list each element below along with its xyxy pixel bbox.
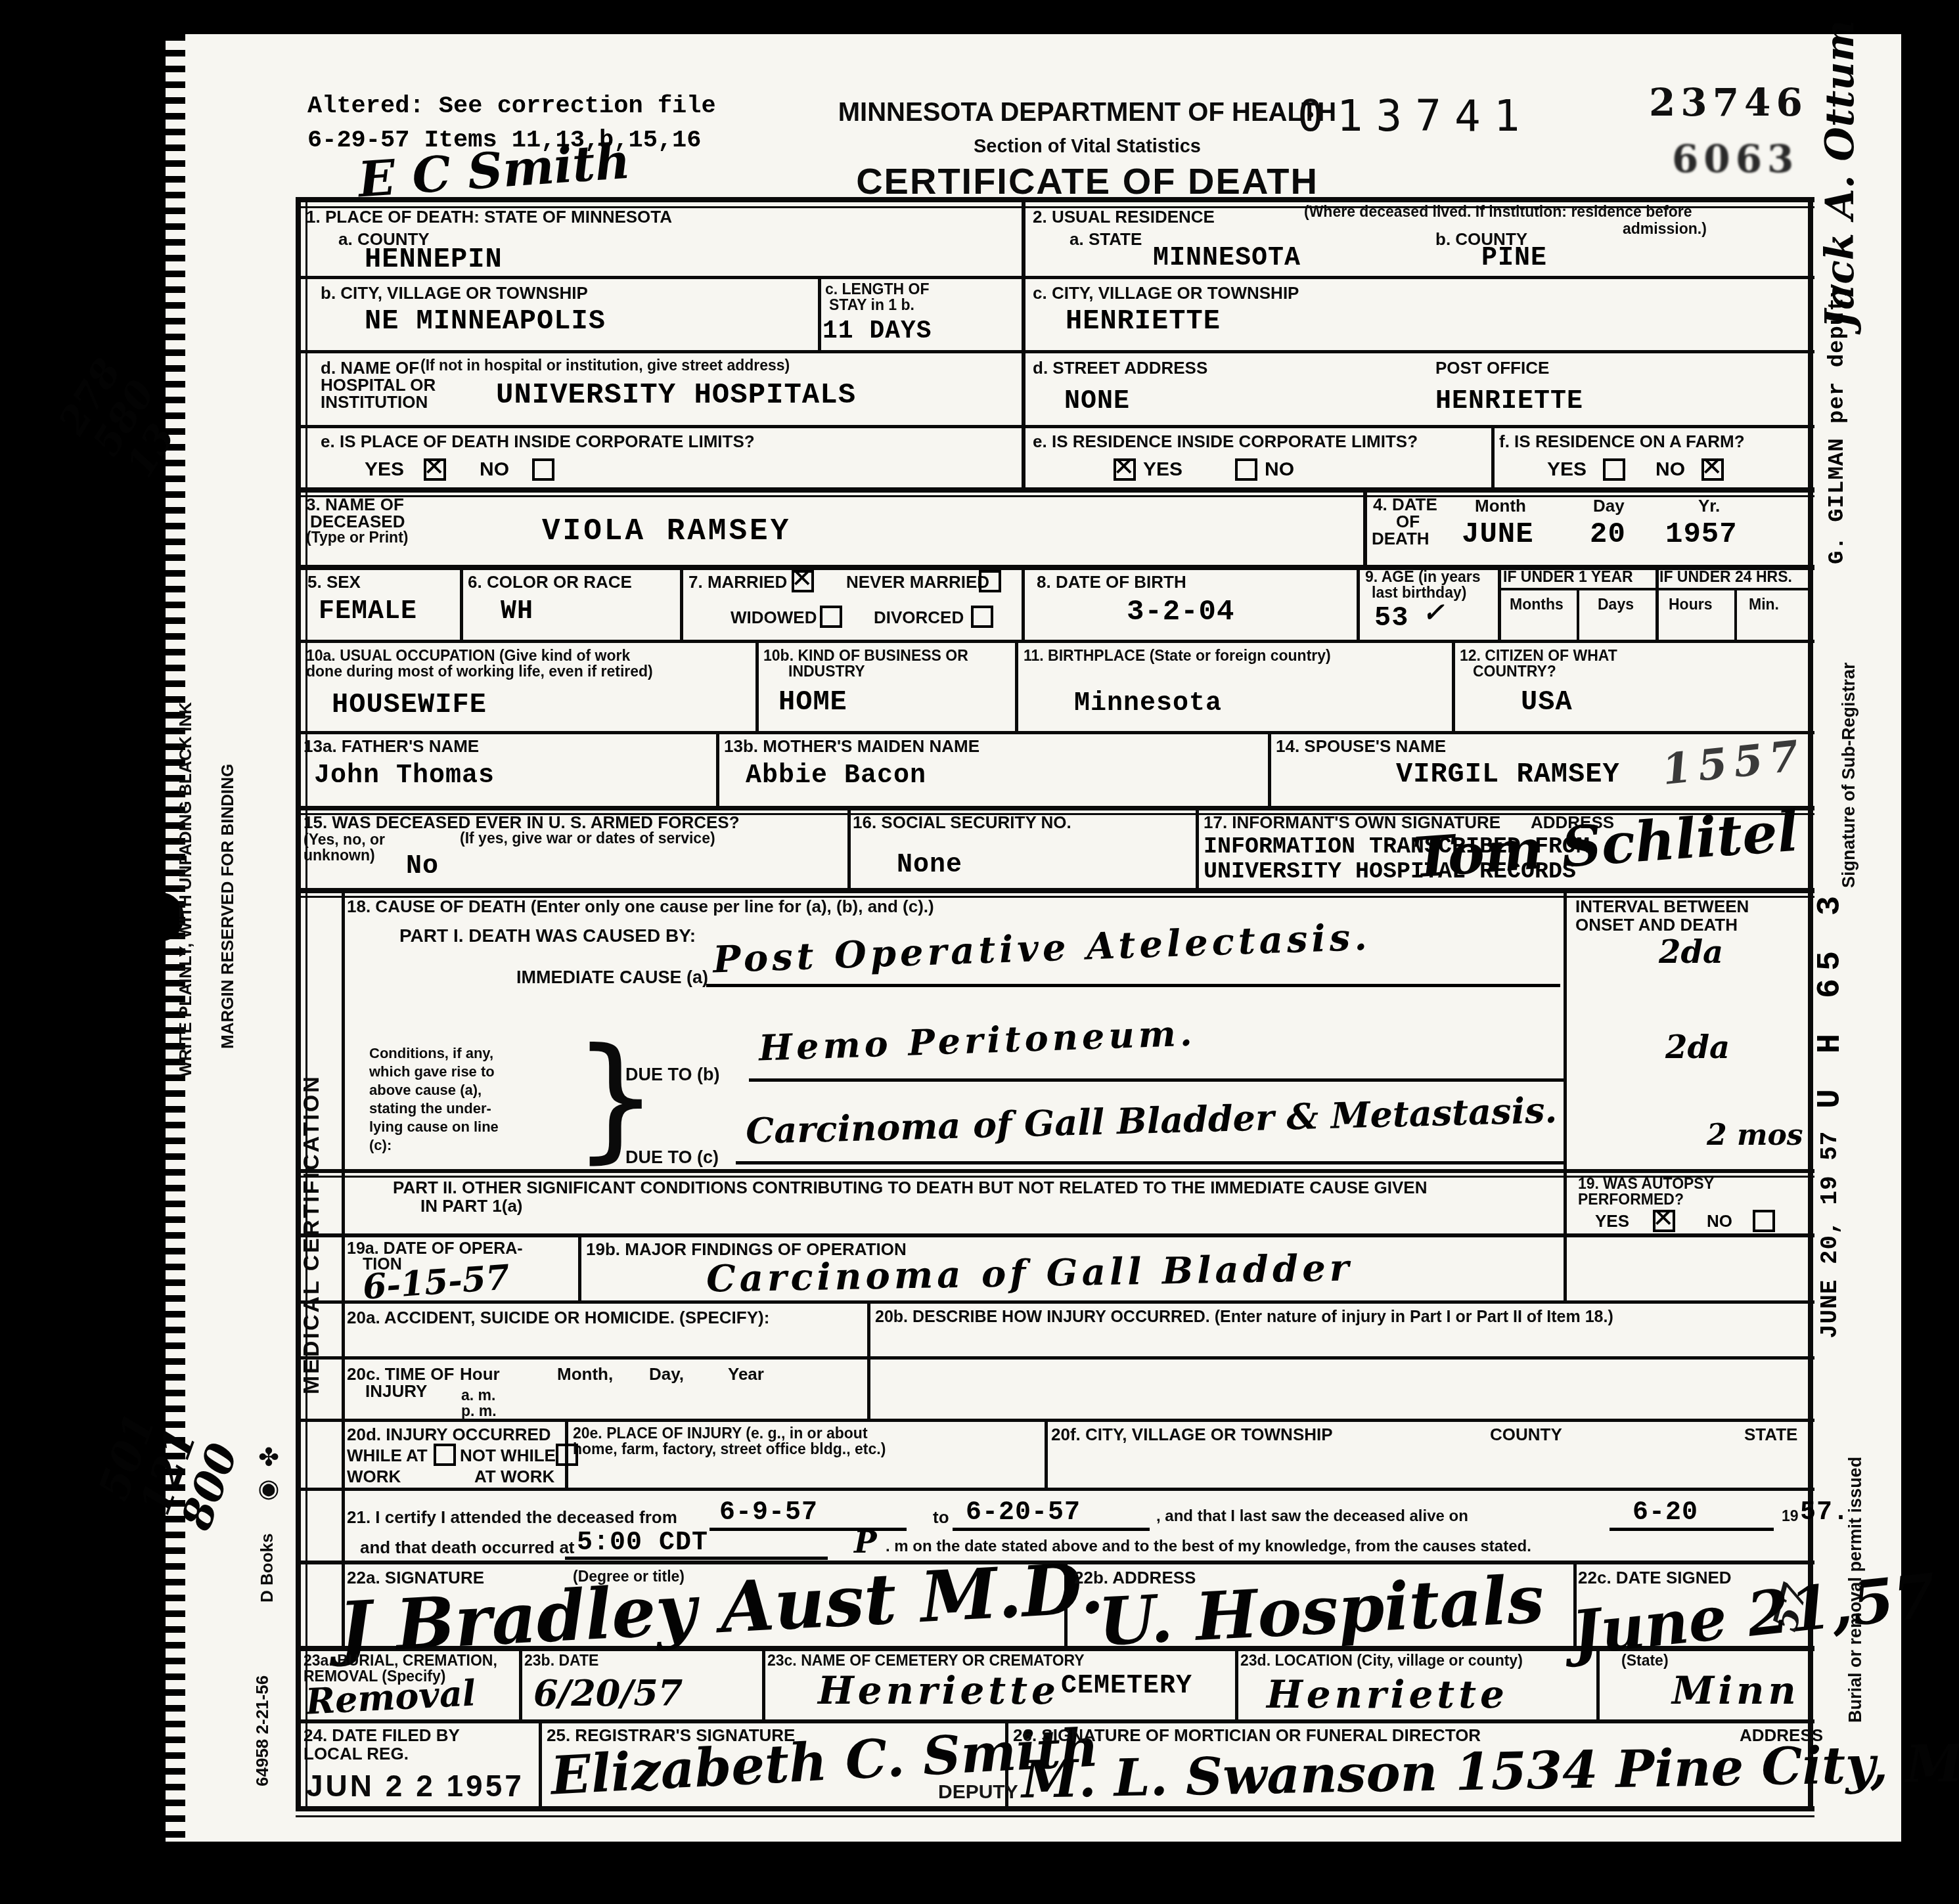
field-10a-label1: 10a. USUAL OCCUPATION (Give kind of work	[306, 648, 630, 664]
field-1b-value: NE MINNEAPOLIS	[365, 307, 606, 335]
certify-year-57: 57.	[1800, 1500, 1849, 1526]
field-3-label1: 3. NAME OF	[306, 495, 404, 514]
field-14-label: 14. SPOUSE'S NAME	[1276, 737, 1446, 755]
field-20d-atwork: AT WORK	[474, 1467, 554, 1486]
field-20b-label: 20b. DESCRIBE HOW INJURY OCCURRED. (Ente…	[875, 1308, 1613, 1326]
field-4-label2: OF	[1396, 512, 1420, 531]
permit-date: JUNE 20, 19 57	[1818, 1103, 1842, 1366]
field-11-value: Minnesota	[1074, 691, 1222, 717]
field-9-label2: last birthday)	[1372, 585, 1466, 601]
field-4-day-label: Day	[1593, 497, 1625, 515]
field-23d-label: 23d. LOCATION (City, village or county)	[1240, 1652, 1523, 1669]
field-13a-label: 13a. FATHER'S NAME	[304, 737, 479, 755]
field-20c-label1: 20c. TIME OF	[347, 1365, 454, 1383]
checkbox-20d-while	[434, 1444, 456, 1466]
checkbox-7-married-checked	[792, 570, 814, 592]
deputy-stamp: DEPUTY	[938, 1781, 1018, 1804]
field-23a-label1: 23a. BURIAL, CREMATION,	[304, 1652, 497, 1669]
field-1d-label2: HOSPITAL OR	[321, 376, 436, 394]
date-filed-stamp: JUN 2 2 1957	[306, 1768, 524, 1804]
scanned-death-certificate: { "header":{ "altered1":"Altered: See co…	[0, 0, 1959, 1904]
field-5-value: FEMALE	[319, 599, 417, 625]
field-24-label1: 24. DATE FILED BY	[304, 1726, 460, 1744]
field-1d-label3: INSTITUTION	[321, 393, 428, 411]
field-20c-label2: INJURY	[365, 1382, 427, 1400]
field-19-yes: YES	[1595, 1212, 1629, 1229]
field-12-label1: 12. CITIZEN OF WHAT	[1460, 648, 1617, 664]
margin-print-symbols: ◉ ✤	[255, 1438, 284, 1511]
section-subtitle: Section of Vital Statistics	[811, 137, 1363, 157]
field-20f-state: STATE	[1744, 1425, 1797, 1444]
field-20f-county: COUNTY	[1490, 1425, 1562, 1444]
field-2c-label: c. CITY, VILLAGE OR TOWNSHIP	[1033, 284, 1299, 302]
field-1-label: 1. PLACE OF DEATH: STATE OF MINNESOTA	[306, 208, 672, 226]
field-23d-state-script: Minn	[1672, 1671, 1800, 1711]
field-19-no: NO	[1707, 1212, 1732, 1229]
field-9-days-label: Days	[1598, 596, 1634, 613]
due-to-c-label: DUE TO (c)	[625, 1148, 719, 1167]
field-9-value: 53	[1374, 604, 1408, 632]
field-12-value: USA	[1521, 688, 1573, 716]
certify-to-date: 6-20-57	[966, 1500, 1081, 1526]
field-13b-label: 13b. MOTHER'S MAIDEN NAME	[724, 737, 979, 755]
margin-instruction-binding: MARGIN RESERVED FOR BINDING	[218, 736, 236, 1077]
field-2a-value: MINNESOTA	[1153, 246, 1301, 272]
checkbox-2e-no	[1235, 458, 1257, 481]
field-14-value: VIRGIL RAMSEY	[1396, 761, 1620, 788]
field-1d-note: (If not in hospital or institution, give…	[420, 357, 790, 374]
interval-header-line2: ONSET AND DEATH	[1575, 916, 1738, 934]
field-10b-label2: INDUSTRY	[788, 663, 865, 680]
field-8-value: 3-2-04	[1127, 598, 1234, 627]
field-1a-value: HENNEPIN	[365, 246, 503, 273]
field-13b-value: Abbie Bacon	[746, 763, 926, 789]
stamped-number-smudged: 6063	[1672, 137, 1799, 181]
field-1d-value: UNIVERSITY HOSPITALS	[496, 381, 856, 410]
field-2d-po-value: HENRIETTE	[1435, 389, 1583, 415]
field-6-value: WH	[501, 599, 533, 625]
conditions-note-line1: Conditions, if any,	[369, 1046, 493, 1061]
field-1e-label: e. IS PLACE OF DEATH INSIDE CORPORATE LI…	[321, 432, 755, 451]
field-15-label4: (If yes, give war or dates of service)	[460, 830, 715, 847]
field-16-value: None	[897, 852, 962, 879]
field-20c-pm: p. m.	[461, 1403, 497, 1419]
checkbox-19-yes-checked	[1653, 1210, 1675, 1232]
part2-label-line1: PART II. OTHER SIGNIFICANT CONDITIONS CO…	[393, 1178, 1427, 1197]
conditions-note-line6: (c):	[369, 1138, 392, 1153]
field-1e-yes: YES	[365, 460, 404, 479]
field-2f-yes: YES	[1547, 460, 1587, 479]
field-15-label3: unknown)	[304, 847, 375, 864]
field-2e-no: NO	[1265, 460, 1294, 479]
field-9-label1: 9. AGE (in years	[1365, 569, 1481, 585]
certify-year-19: 19	[1782, 1508, 1799, 1524]
checkbox-7-divorced	[971, 606, 993, 628]
interval-a-handwritten: 2da	[1659, 936, 1723, 969]
field-23c-value-script: Henriette	[818, 1671, 1060, 1711]
field-4-month-label: Month	[1475, 497, 1526, 515]
field-1e-no: NO	[480, 460, 509, 479]
field-20d-label: 20d. INJURY OCCURRED	[347, 1425, 551, 1444]
field-2-note2: admission.)	[1623, 221, 1707, 237]
field-2d-value: NONE	[1064, 389, 1130, 415]
interval-b-handwritten: 2da	[1665, 1031, 1730, 1064]
field-4-year-label: Yr.	[1698, 497, 1720, 515]
field-11-label: 11. BIRTHPLACE (State or foreign country…	[1024, 648, 1331, 664]
checkbox-19-no	[1753, 1210, 1775, 1232]
checkbox-2e-yes-checked	[1114, 458, 1136, 481]
field-4-label1: 4. DATE	[1373, 495, 1437, 514]
field-4-label3: DEATH	[1372, 529, 1430, 548]
margin-print-books: D Books	[258, 1537, 276, 1603]
field-3-label2: DECEASED	[310, 512, 405, 531]
stamped-number: 23746	[1649, 80, 1808, 125]
margin-form-code: 64958 2-21-56	[253, 1652, 271, 1809]
field-20c-day: Day,	[649, 1365, 684, 1383]
field-8-label: 8. DATE OF BIRTH	[1037, 573, 1186, 591]
field-3-label3: (Type or Print)	[306, 529, 408, 546]
field-20d-while: WHILE AT	[347, 1446, 428, 1465]
field-6-label: 6. COLOR OR RACE	[468, 573, 632, 591]
field-1c-value: 11 DAYS	[822, 319, 932, 344]
field-2-label: 2. USUAL RESIDENCE	[1033, 208, 1215, 226]
field-7-married: 7. MARRIED	[688, 573, 787, 591]
field-4-day: 20	[1590, 520, 1626, 549]
punch-hole	[104, 264, 150, 306]
field-18-label: 18. CAUSE OF DEATH (Enter only one cause…	[347, 897, 934, 916]
field-18-immediate-label: IMMEDIATE CAUSE (a)	[516, 968, 708, 987]
field-5-label: 5. SEX	[307, 573, 361, 591]
field-20f-label: 20f. CITY, VILLAGE OR TOWNSHIP	[1051, 1425, 1333, 1444]
field-7-widowed: WIDOWED	[731, 608, 817, 627]
interval-header-line1: INTERVAL BETWEEN	[1575, 897, 1749, 916]
field-7-never: NEVER MARRIED	[846, 573, 989, 591]
field-2c-value: HENRIETTE	[1066, 307, 1221, 335]
due-to-b-label: DUE TO (b)	[625, 1065, 720, 1084]
field-7-divorced: DIVORCED	[874, 608, 964, 627]
field-23a-value-script: Removal	[305, 1674, 477, 1720]
certify-to-word: to	[933, 1508, 949, 1526]
altered-note-line1: Altered: See correction file	[307, 92, 716, 121]
field-20e-label2: home, farm, factory, street office bldg.…	[573, 1441, 886, 1457]
field-15-label1: 15. WAS DECEASED EVER IN U. S. ARMED FOR…	[304, 813, 740, 831]
part2-label-line2: IN PART 1(a)	[420, 1197, 523, 1215]
field-23b-label: 23b. DATE	[524, 1652, 598, 1669]
certify-time: 5:00 CDT	[577, 1530, 708, 1557]
field-20e-label1: 20e. PLACE OF INJURY (e. g., in or about	[573, 1425, 868, 1442]
field-13a-value: John Thomas	[314, 763, 495, 789]
conditions-note-line2: which gave rise to	[369, 1064, 495, 1080]
interval-c-handwritten: 2 mos	[1707, 1120, 1803, 1151]
field-23c-label: 23c. NAME OF CEMETERY OR CREMATORY	[767, 1652, 1085, 1669]
certify-pm-handwritten: P	[854, 1526, 877, 1558]
field-20d-work: WORK	[347, 1467, 401, 1486]
punch-hole	[85, 634, 137, 684]
certificate-title: CERTIFICATE OF DEATH	[811, 162, 1363, 201]
field-23d-value-script: Henriette	[1267, 1675, 1508, 1715]
punch-hole	[80, 1606, 120, 1641]
field-9-under24-label: IF UNDER 24 HRS.	[1659, 569, 1792, 585]
department-title: MINNESOTA DEPARTMENT OF HEALTH	[811, 99, 1363, 127]
field-2f-no: NO	[1655, 460, 1685, 479]
field-16-label: 16. SOCIAL SECURITY NO.	[853, 813, 1071, 831]
field-2-note1: (Where deceased lived. If institution: r…	[1304, 204, 1692, 220]
field-2a-label: a. STATE	[1070, 230, 1142, 248]
field-12-label2: COUNTRY?	[1473, 663, 1556, 680]
field-20a-label: 20a. ACCIDENT, SUICIDE OR HOMICIDE. (SPE…	[347, 1308, 769, 1327]
certify-text-3: and that death occurred at	[360, 1538, 575, 1557]
field-20c-hour: Hour	[460, 1365, 500, 1383]
field-2d-po-label: POST OFFICE	[1435, 359, 1549, 377]
field-20c-month: Month,	[557, 1365, 613, 1383]
field-2d-label: d. STREET ADDRESS	[1033, 359, 1207, 377]
field-9-hours-label: Hours	[1669, 596, 1712, 613]
field-20c-am: a. m.	[461, 1387, 495, 1404]
field-24-label2: LOCAL REG.	[304, 1744, 409, 1763]
checkbox-2f-yes	[1603, 458, 1625, 481]
field-9-months-label: Months	[1510, 596, 1564, 613]
field-9-under1-label: IF UNDER 1 YEAR	[1503, 569, 1633, 585]
certify-text-2: , and that I last saw the deceased alive…	[1156, 1508, 1468, 1525]
margin-stamp-uh653: U H 65 3	[1814, 887, 1847, 1110]
field-19b-value: Carcinoma of Gall Bladder	[706, 1249, 1353, 1298]
field-1b-label: b. CITY, VILLAGE OR TOWNSHIP	[321, 284, 588, 302]
conditions-note-line3: above cause (a),	[369, 1082, 482, 1098]
conditions-note-line4: stating the under-	[369, 1101, 491, 1117]
field-4-month: JUNE	[1462, 520, 1534, 549]
checkbox-1e-yes-checked	[424, 458, 446, 481]
field-10a-label2: done during most of working life, even i…	[306, 663, 653, 680]
checkbox-1e-no	[532, 458, 554, 481]
checkbox-7-never	[979, 570, 1001, 592]
checkbox-7-widowed	[820, 606, 842, 628]
field-9-checkmark: ✓	[1422, 599, 1445, 627]
field-9-min-label: Min.	[1749, 596, 1779, 613]
file-number: 013741	[1297, 91, 1533, 141]
field-18-part1: PART I. DEATH WAS CAUSED BY:	[399, 926, 696, 946]
field-2e-yes: YES	[1143, 460, 1182, 479]
field-1d-label1: d. NAME OF	[321, 359, 419, 377]
conditions-brace: }	[573, 1031, 658, 1166]
field-26-label: 26. SIGNATURE OF MORTICIAN OR FUNERAL DI…	[1013, 1726, 1481, 1744]
field-23b-value-script: 6/20/57	[533, 1675, 683, 1712]
field-15-value: No	[406, 854, 439, 880]
field-15-label2: (Yes, no, or	[304, 831, 385, 848]
field-1c-label2: STAY in 1 b.	[829, 297, 914, 313]
conditions-note-line5: lying cause on line	[369, 1119, 499, 1135]
field-2e-label: e. IS RESIDENCE INSIDE CORPORATE LIMITS?	[1033, 432, 1418, 451]
field-23c-typed: CEMETERY	[1061, 1673, 1192, 1700]
punch-hole	[78, 1202, 134, 1252]
field-10b-value: HOME	[778, 688, 847, 716]
field-23d-state-label: (State)	[1621, 1652, 1669, 1669]
certify-alive-date: 6-20	[1632, 1500, 1698, 1526]
field-19-label1: 19. WAS AUTOPSY	[1578, 1176, 1714, 1192]
field-2f-label: f. IS RESIDENCE ON A FARM?	[1499, 432, 1745, 451]
certify-from-date: 6-9-57	[719, 1500, 818, 1526]
margin-instruction-ink: WRITE PLAINLY, WITH UNFADING BLACK INK	[176, 709, 194, 1077]
field-20c-year: Year	[728, 1365, 764, 1383]
field-10a-value: HOUSEWIFE	[332, 691, 487, 719]
certify-text-1: 21. I certify I attended the deceased fr…	[347, 1508, 677, 1526]
checkbox-2f-no-checked	[1701, 458, 1724, 481]
field-3-value: VIOLA RAMSEY	[542, 516, 791, 546]
field-10b-label1: 10b. KIND OF BUSINESS OR	[763, 648, 968, 664]
field-2b-value: PINE	[1481, 246, 1547, 272]
field-1c-label1: c. LENGTH OF	[825, 281, 929, 298]
field-4-year: 1957	[1665, 520, 1738, 549]
field-20d-notwhile: NOT WHILE	[460, 1446, 556, 1465]
